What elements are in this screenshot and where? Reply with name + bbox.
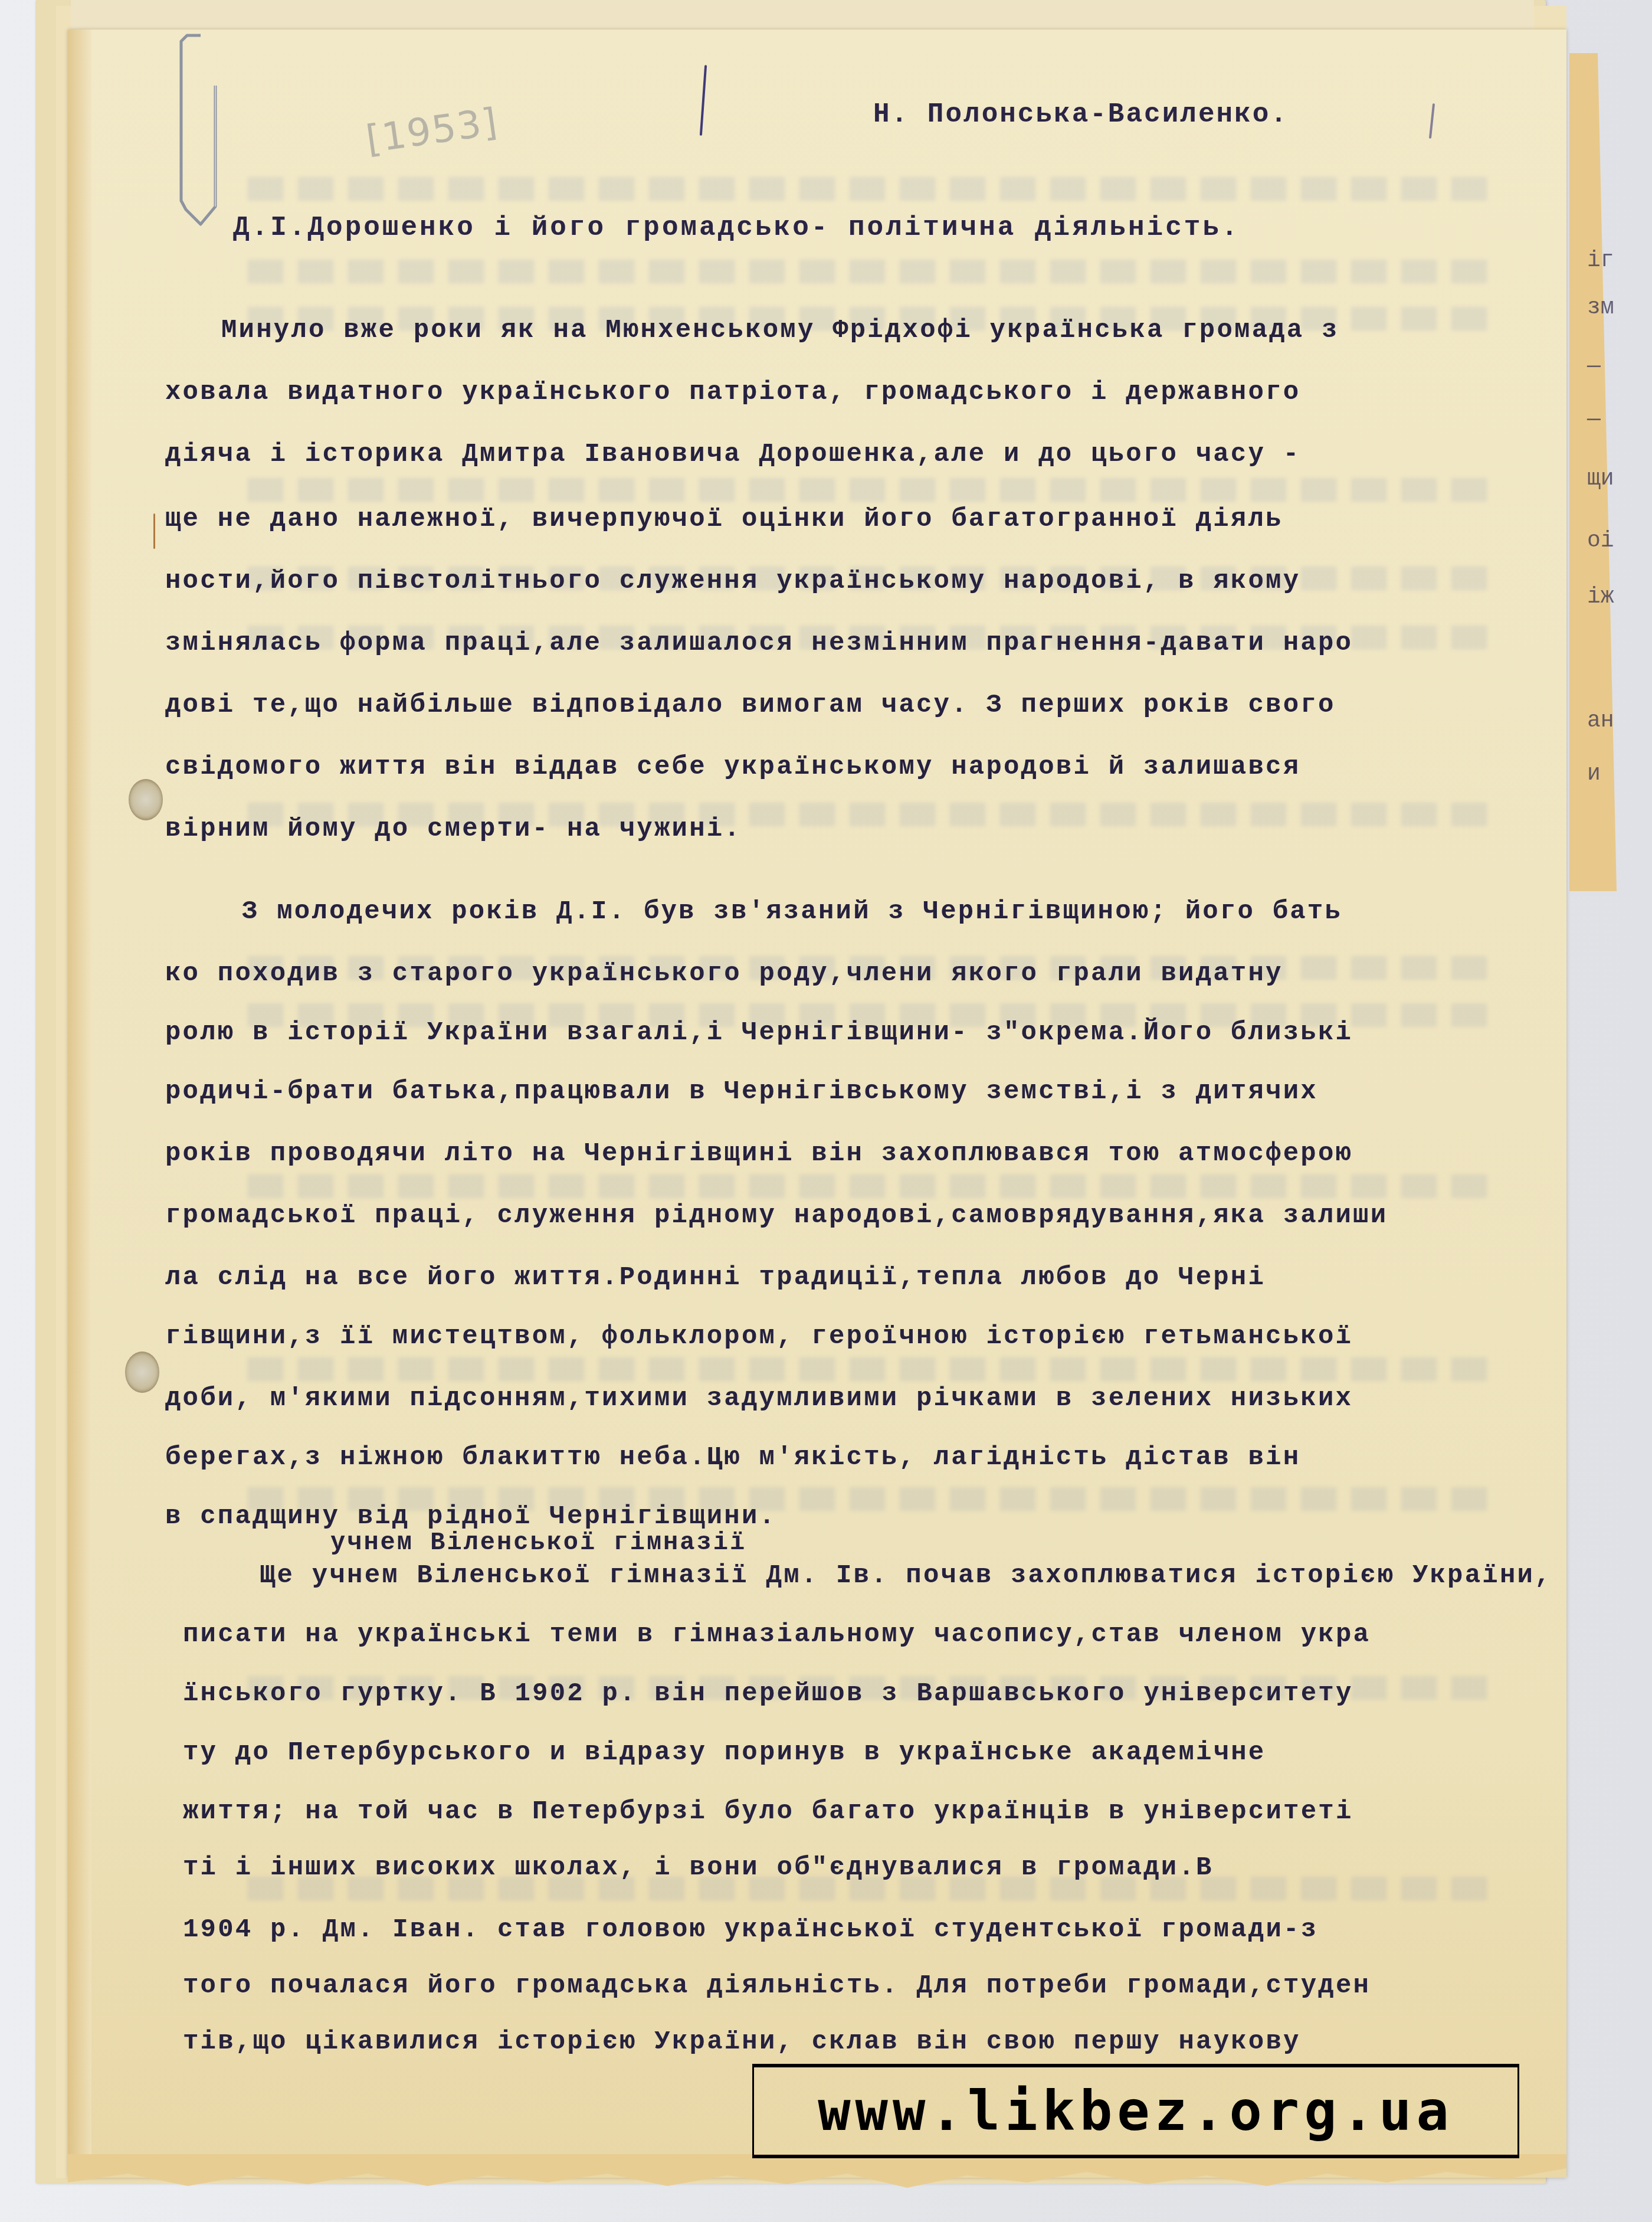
text-line: ла слід на все його життя.Родинні традиц… [165,1263,1266,1292]
watermark-box: www.likbez.org.ua [752,2064,1519,2158]
text-line: родичі-брати батька,працювали в Чернігів… [165,1077,1318,1107]
text-line: доби, м'якими підсонням,тихими задумливи… [165,1384,1353,1413]
text-line: того почалася його громадська діяльність… [183,1971,1371,2001]
margin-fragment: іж [1587,584,1614,610]
text-line: З молодечих років Д.І. був зв'язаний з Ч… [242,897,1342,927]
text-line: життя; на той час в Петербурзі було бага… [183,1797,1353,1827]
watermark-url: www.likbez.org.ua [818,2080,1454,2143]
margin-fragment: — [1587,354,1601,379]
bleed-through-text [248,260,1487,283]
text-line: 1904 р. Дм. Іван. став головою українськ… [183,1915,1318,1945]
text-line: берегах,з ніжною блакиттю неба.Цю м'якіс… [165,1443,1300,1472]
text-line: свідомого життя він віддав себе українсь… [165,752,1300,782]
text-line: дові те,що найбільше відповідало вимогам… [165,691,1336,720]
text-line: ролю в історії України взагалі,і Чернігі… [165,1018,1353,1048]
text-line: вірним йому до смерти- на чужині. [165,814,742,844]
margin-fragment: зм [1587,295,1614,320]
text-line: Минуло вже роки як на Мюнхенському Фрідх… [221,316,1339,345]
margin-fragment: ан [1587,708,1614,734]
bleed-through-text [248,177,1487,201]
margin-mark [153,513,155,549]
text-line: їнського гуртку. В 1902 р. він перейшов … [183,1679,1353,1709]
text-line: Ще учнем Віленської гімназії Дм. Ів. поч… [260,1561,1552,1591]
text-line: ті і інших високих школах, і вони об"єдн… [183,1853,1214,1883]
text-line: ту до Петербурського и відразу поринув в… [183,1738,1266,1768]
paperclip-icon [168,32,221,227]
text-line: в спадщину від рідної Чернігівщини. [165,1502,776,1531]
text-line: років проводячи літо на Чернігівщині він… [165,1139,1353,1169]
text-line: ще не дано належної, вичерпуючої оцінки … [165,505,1283,534]
margin-fragment: и [1587,761,1601,787]
margin-fragment: щи [1587,466,1614,492]
text-line: діяча і історика Дмитра Івановича Дороше… [165,440,1300,469]
page-fold-edge [68,30,91,2178]
bleed-through-text [248,1174,1487,1198]
punch-hole [125,1351,159,1393]
margin-fragment: іг [1587,248,1614,273]
bleed-through-text [248,478,1487,502]
text-line: ховала видатного українського патріота, … [165,378,1300,407]
text-line: громадської праці, служення рідному наро… [165,1201,1388,1231]
text-line: змінялась форма праці,але залишалося нез… [165,629,1353,658]
text-line: ности,його півстолітнього служення украї… [165,567,1300,596]
bleed-through-text [248,1357,1487,1381]
document-title: Д.І.Дорошенко і його громадсько- політич… [233,212,1240,243]
author-name: Н. Полонська-Василенко. [873,99,1289,130]
text-line: писати на українські теми в гімназіально… [183,1620,1371,1650]
text-line: ко походив з старого українського роду,ч… [165,959,1283,989]
text-line: тів,що цікавилися історією України, скла… [183,2027,1301,2057]
text-line: гівщини,з її мистецтвом, фольклором, гер… [165,1322,1353,1351]
interlinear-insert: учнем Віленської гімназії [330,1529,746,1557]
margin-fragment: — [1587,407,1601,433]
margin-fragment: оі [1587,528,1614,554]
punch-hole [129,779,163,820]
